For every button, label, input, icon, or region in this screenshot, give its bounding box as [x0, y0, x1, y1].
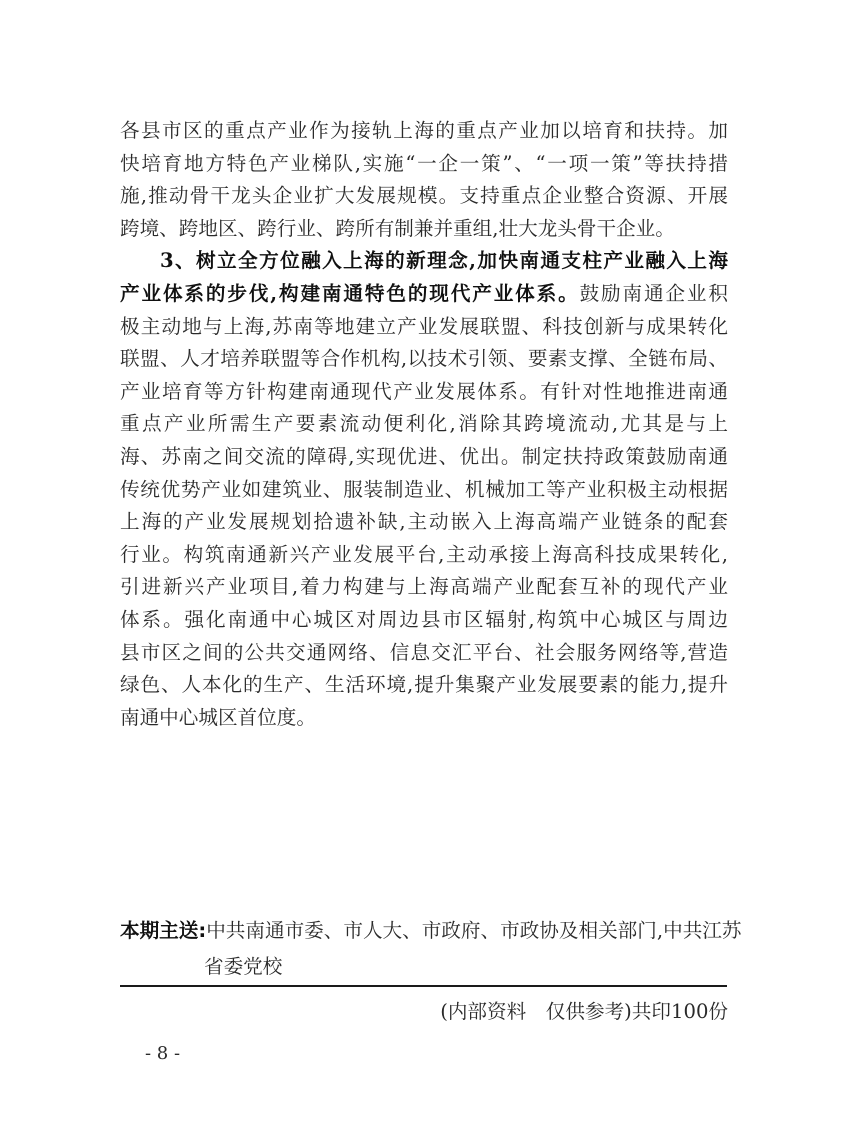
- circulation-note: (内部资料 仅供参考)共印100份: [440, 996, 728, 1028]
- text-line: 跨境、跨地区、跨行业、跨所有制兼并重组,壮大龙头骨干企业。: [120, 213, 728, 246]
- text-span: 鼓励南通企业积: [580, 282, 728, 305]
- distribution-list: 本期主送:中共南通市委、市人大、市政府、市政协及相关部门,中共江苏 省委党校: [120, 913, 728, 985]
- text-line: 行业。构筑南通新兴产业发展平台,主动承接上海高科技成果转化,: [120, 539, 728, 572]
- text-line: 施,推动骨干龙头企业扩大发展规模。支持重点企业整合资源、开展: [120, 180, 728, 213]
- distribution-line-continued: 省委党校: [120, 949, 728, 985]
- distribution-label: 本期主送:: [120, 919, 206, 942]
- document-page: 各县市区的重点产业作为接轨上海的重点产业加以培育和扶持。加 快培育地方特色产业梯…: [0, 0, 850, 1146]
- text-line: 产业体系的步伐,构建南通特色的现代产业体系。鼓励南通企业积: [120, 278, 728, 311]
- section-heading-continued: 产业体系的步伐,构建南通特色的现代产业体系。: [120, 282, 580, 305]
- text-line: 海、苏南之间交流的障碍,实现优进、优出。制定扶持政策鼓励南通: [120, 441, 728, 474]
- body-text: 各县市区的重点产业作为接轨上海的重点产业加以培育和扶持。加 快培育地方特色产业梯…: [120, 115, 728, 734]
- text-line: 极主动地与上海,苏南等地建立产业发展联盟、科技创新与成果转化: [120, 311, 728, 344]
- distribution-recipients: 中共南通市委、市人大、市政府、市政协及相关部门,中共江苏: [206, 919, 741, 942]
- section-heading: 3、树立全方位融入上海的新理念,加快南通支柱产业融入上海: [120, 245, 728, 278]
- text-line: 体系。强化南通中心城区对周边县市区辐射,构筑中心城区与周边: [120, 604, 728, 637]
- text-line: 重点产业所需生产要素流动便利化,消除其跨境流动,尤其是与上: [120, 408, 728, 441]
- page-number: - 8 -: [145, 1040, 180, 1068]
- text-line: 绿色、人本化的生产、生活环境,提升集聚产业发展要素的能力,提升: [120, 669, 728, 702]
- text-line: 南通中心城区首位度。: [120, 702, 728, 735]
- text-line: 上海的产业发展规划拾遗补缺,主动嵌入上海高端产业链条的配套: [120, 506, 728, 539]
- text-line: 引进新兴产业项目,着力构建与上海高端产业配套互补的现代产业: [120, 571, 728, 604]
- text-line: 产业培育等方针构建南通现代产业发展体系。有针对性地推进南通: [120, 376, 728, 409]
- text-line: 联盟、人才培养联盟等合作机构,以技术引领、要素支撑、全链布局、: [120, 343, 728, 376]
- text-line: 县市区之间的公共交通网络、信息交汇平台、社会服务网络等,营造: [120, 637, 728, 670]
- text-line: 各县市区的重点产业作为接轨上海的重点产业加以培育和扶持。加: [120, 115, 728, 148]
- distribution-line: 本期主送:中共南通市委、市人大、市政府、市政协及相关部门,中共江苏: [120, 913, 728, 949]
- text-line: 快培育地方特色产业梯队,实施“一企一策”、“一项一策”等扶持措: [120, 148, 728, 181]
- footer-divider: [120, 985, 727, 987]
- text-line: 传统优势产业如建筑业、服装制造业、机械加工等产业积极主动根据: [120, 474, 728, 507]
